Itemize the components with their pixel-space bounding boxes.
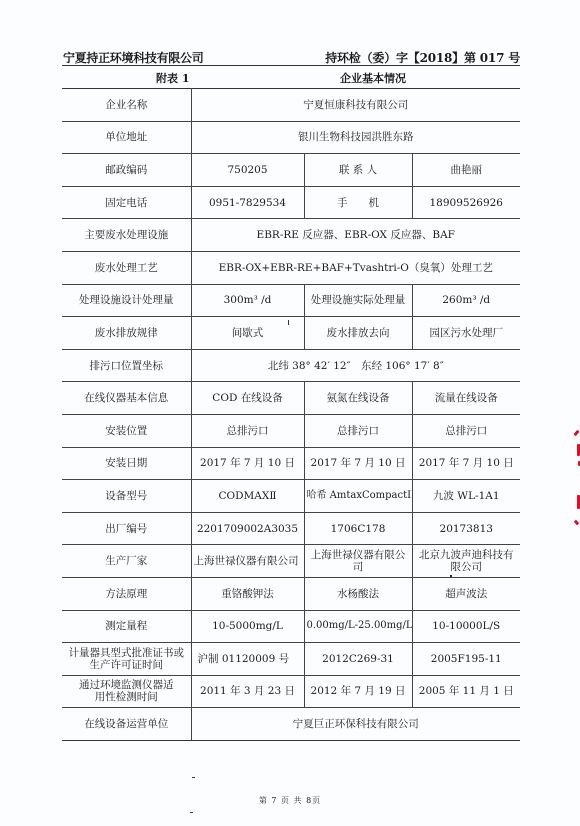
table-row-model: 设备型号 CODMAXⅡ 哈希 AmtaxCompactII 九波 WL-1A1 — [62, 480, 520, 513]
cell-ammonia: 1706C178 — [304, 512, 412, 545]
row-label: 安装日期 — [62, 447, 191, 480]
appendix-label: 附表 1 — [156, 70, 189, 86]
cell-flow: 北京九波声迪科技有限公司 — [412, 545, 520, 578]
label-landline: 固定电话 — [62, 186, 191, 219]
value-outlet-coordinates: 北纬 38° 42′ 12″ 东经 106° 17′ 8″ — [191, 349, 520, 382]
label-actual-capacity: 处理设施实际处理量 — [304, 284, 412, 317]
value-actual-capacity: 260m³ /d — [412, 284, 520, 317]
cell-cod: 2017 年 7 月 10 日 — [191, 447, 304, 480]
row-label: 方法原理 — [62, 577, 191, 610]
cell-cod: CODMAXⅡ — [191, 480, 304, 513]
table-row-coordinates: 排污口位置坐标 北纬 38° 42′ 12″ 东经 106° 17′ 8″ — [62, 349, 520, 382]
table-row-serial-number: 出厂编号 2201709002A3035 1706C178 20173813 — [62, 512, 520, 545]
cell-flow: 2005F195-11 — [412, 643, 520, 676]
table-row-company-name: 企业名称 宁夏恒康科技有限公司 — [62, 89, 520, 122]
label-design-capacity: 处理设施设计处理量 — [62, 284, 191, 317]
table-row-process: 废水处理工艺 EBR-OX+EBR-RE+BAF+Tvashtri-O（臭氧）处… — [62, 251, 520, 284]
value-address: 银川生物科技园洪胜东路 — [191, 121, 520, 154]
value-design-capacity: 300m³ /d — [191, 284, 304, 317]
header-cod-device: COD 在线设备 — [191, 382, 304, 415]
header-flow-device: 流量在线设备 — [412, 382, 520, 415]
table-row-certificate: 计量器具型式批准证书或生产许可证时间 沪制 01120009 号 2012C26… — [62, 643, 520, 676]
value-contact-person: 曲艳丽 — [412, 154, 520, 187]
page-number: 第 7 页 共 8页 — [0, 795, 580, 806]
row-label: 计量器具型式批准证书或生产许可证时间 — [62, 643, 191, 676]
cell-flow: 2017 年 7 月 10 日 — [412, 447, 520, 480]
table-row-install-location: 安装位置 总排污口 总排污口 总排污口 — [62, 414, 520, 447]
cell-cod: 重铬酸钾法 — [191, 577, 304, 610]
cell-flow: 20173813 — [412, 512, 520, 545]
row-label: 安装位置 — [62, 414, 191, 447]
cell-flow: 九波 WL-1A1 — [412, 480, 520, 513]
scan-speck — [190, 812, 193, 813]
label-facilities: 主要废水处理设施 — [62, 219, 191, 252]
table-row-range: 测定量程 10-5000mg/L 0.00mg/L-25.00mg/L 10-1… — [62, 610, 520, 643]
value-postal-code: 750205 — [191, 154, 304, 187]
table-title: 企业基本情况 — [340, 70, 406, 86]
label-instrument-info: 在线仪器基本信息 — [62, 382, 191, 415]
row-label: 设备型号 — [62, 480, 191, 513]
table-row-postal: 邮政编码 750205 联 系 人 曲艳丽 — [62, 154, 520, 187]
cell-flow: 总排污口 — [412, 414, 520, 447]
label-process: 废水处理工艺 — [62, 251, 191, 284]
table-row-operator: 在线设备运营单位 宁夏巨正环保科技有限公司 — [62, 708, 520, 741]
table-row-method: 方法原理 重铬酸钾法 水杨酸法 超声波法 — [62, 577, 520, 610]
table-row-suitability-test: 通过环境监测仪器适用性检测时间 2011 年 3 月 23 日 2012 年 7… — [62, 675, 520, 708]
value-mobile: 18909526926 — [412, 186, 520, 219]
cell-cod: 沪制 01120009 号 — [191, 643, 304, 676]
cell-cod: 总排污口 — [191, 414, 304, 447]
row-label: 通过环境监测仪器适用性检测时间 — [62, 675, 191, 708]
header-company-name: 宁夏持正环境科技有限公司 — [63, 49, 203, 66]
scan-speck — [192, 777, 195, 778]
scan-speck — [288, 320, 289, 325]
label-postal-code: 邮政编码 — [62, 154, 191, 187]
value-discharge-destination: 园区污水处理厂 — [412, 317, 520, 350]
cell-flow: 2005 年 11 月 1 日 — [412, 675, 520, 708]
value-process: EBR-OX+EBR-RE+BAF+Tvashtri-O（臭氧）处理工艺 — [191, 251, 520, 284]
table-row-phone: 固定电话 0951-7829534 手 机 18909526926 — [62, 186, 520, 219]
cell-ammonia: 2012C269-31 — [304, 643, 412, 676]
cell-ammonia: 哈希 AmtaxCompactII — [304, 480, 412, 513]
row-label: 测定量程 — [62, 610, 191, 643]
label-address: 单位地址 — [62, 121, 191, 154]
label-contact-person: 联 系 人 — [304, 154, 412, 187]
label-discharge-pattern: 废水排放规律 — [62, 317, 191, 350]
value-company-name: 宁夏恒康科技有限公司 — [191, 89, 520, 122]
table-row-address: 单位地址 银川生物科技园洪胜东路 — [62, 121, 520, 154]
table-row-facilities: 主要废水处理设施 EBR-RE 反应器、EBR-OX 反应器、BAF — [62, 219, 520, 252]
seal-fragment-mark — [573, 430, 579, 437]
label-company-name: 企业名称 — [62, 89, 191, 122]
value-landline: 0951-7829534 — [191, 186, 304, 219]
header-ammonia-device: 氨氮在线设备 — [304, 382, 412, 415]
label-discharge-destination: 废水排放去向 — [304, 317, 412, 350]
cell-ammonia: 0.00mg/L-25.00mg/L — [304, 610, 412, 643]
cell-ammonia: 水杨酸法 — [304, 577, 412, 610]
scan-speck — [450, 575, 452, 577]
cell-cod: 上海世禄仪器有限公司 — [191, 545, 304, 578]
label-outlet-coordinates: 排污口位置坐标 — [62, 349, 191, 382]
table-row-install-date: 安装日期 2017 年 7 月 10 日 2017 年 7 月 10 日 201… — [62, 447, 520, 480]
header-document-number: 持环检（委）字【2018】第 017 号 — [325, 49, 520, 66]
cell-cod: 2011 年 3 月 23 日 — [191, 675, 304, 708]
table-row-instrument-header: 在线仪器基本信息 COD 在线设备 氨氮在线设备 流量在线设备 — [62, 382, 520, 415]
cell-cod: 10-5000mg/L — [191, 610, 304, 643]
value-facilities: EBR-RE 反应器、EBR-OX 反应器、BAF — [191, 219, 520, 252]
cell-ammonia: 上海世禄仪器有限公司 — [304, 545, 412, 578]
table-row-capacity: 处理设施设计处理量 300m³ /d 处理设施实际处理量 260m³ /d — [62, 284, 520, 317]
table-row-manufacturer: 生产厂家 上海世禄仪器有限公司 上海世禄仪器有限公司 北京九波声迪科技有限公司 — [62, 545, 520, 578]
cell-ammonia: 2017 年 7 月 10 日 — [304, 447, 412, 480]
cell-flow: 10-10000L/S — [412, 610, 520, 643]
cell-cod: 2201709002A3035 — [191, 512, 304, 545]
value-operator: 宁夏巨正环保科技有限公司 — [191, 708, 520, 741]
label-mobile: 手 机 — [304, 186, 412, 219]
cell-ammonia: 2012 年 7 月 19 日 — [304, 675, 412, 708]
header-divider — [62, 65, 520, 66]
row-label: 出厂编号 — [62, 512, 191, 545]
row-label: 生产厂家 — [62, 545, 191, 578]
enterprise-info-table: 企业名称 宁夏恒康科技有限公司 单位地址 银川生物科技园洪胜东路 邮政编码 75… — [62, 88, 520, 741]
seal-fragment-mark — [574, 520, 580, 526]
label-operator: 在线设备运营单位 — [62, 708, 191, 741]
table-row-discharge: 废水排放规律 间歇式 废水排放去向 园区污水处理厂 — [62, 317, 520, 350]
cell-ammonia: 总排污口 — [304, 414, 412, 447]
cell-flow: 超声波法 — [412, 577, 520, 610]
